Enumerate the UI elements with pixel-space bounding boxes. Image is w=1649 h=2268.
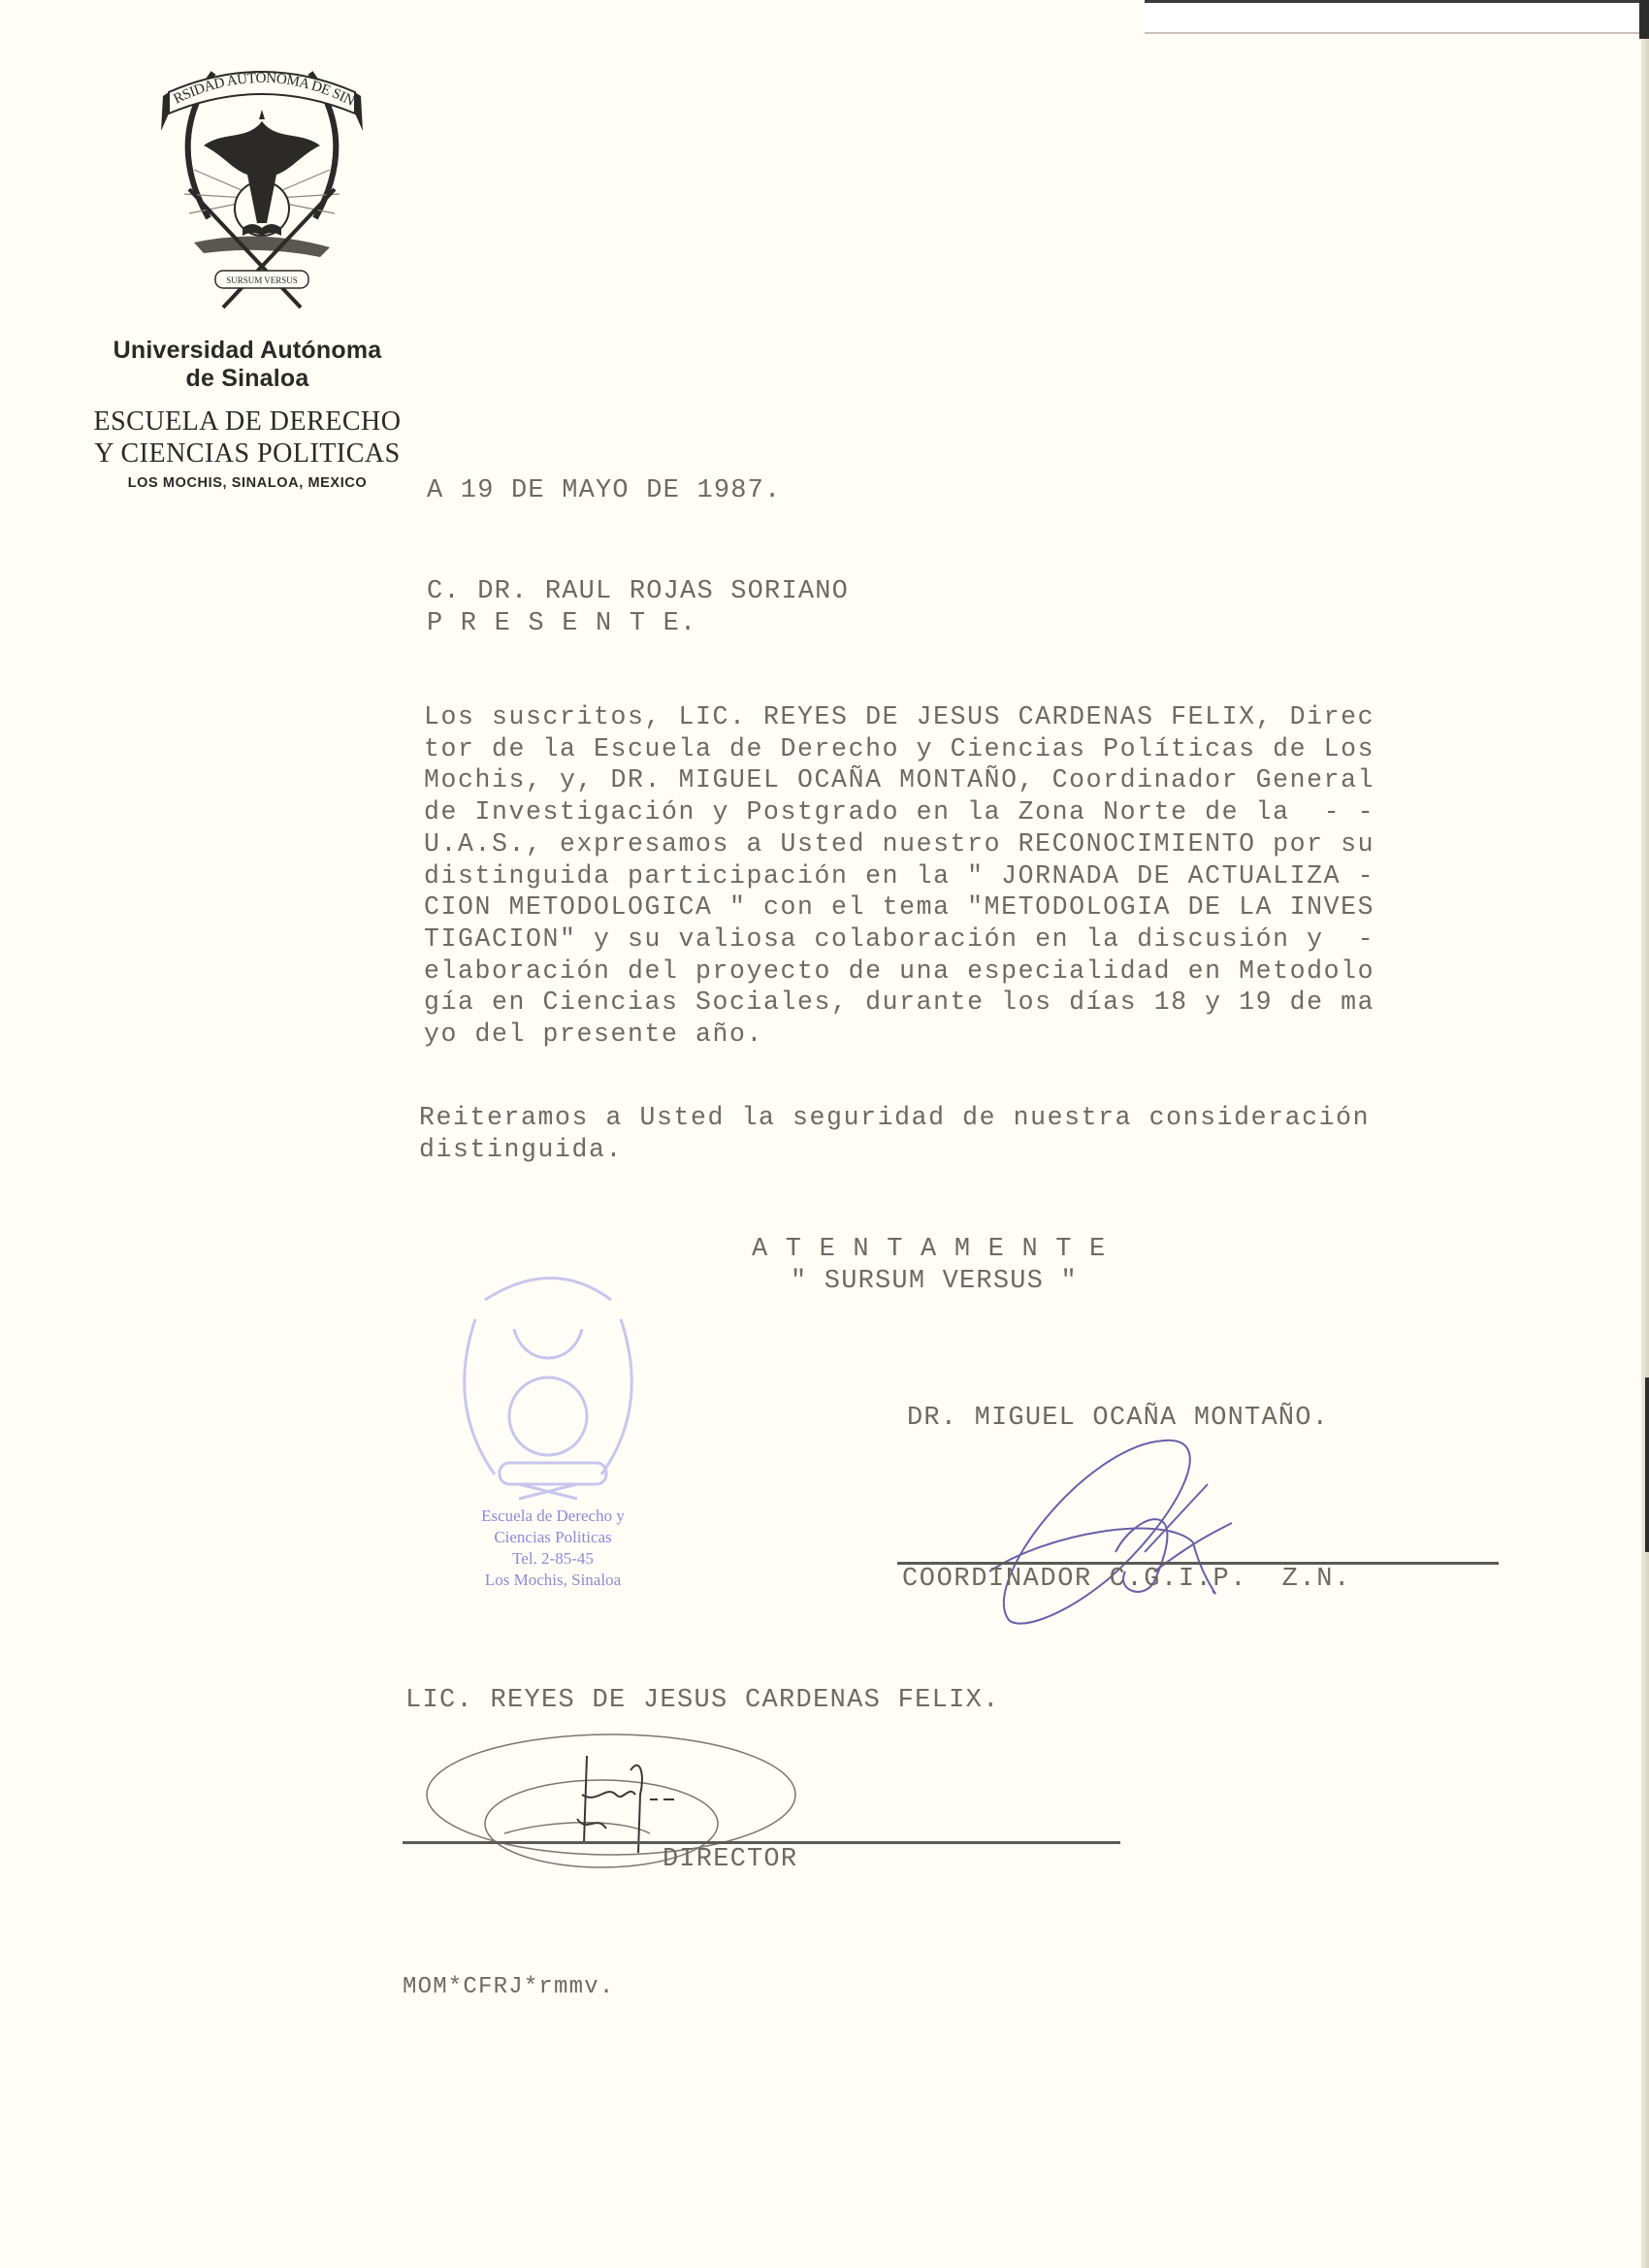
letter-closing: Reiteramos a Usted la seguridad de nuest…	[419, 1102, 1370, 1165]
addressee-presente: P R E S E N T E.	[427, 608, 849, 640]
body-line: U.A.S., expresamos a Usted nuestro RECON…	[424, 828, 1374, 860]
body-line: distinguida participación en la " JORNAD…	[424, 860, 1374, 892]
scanner-shadow-right-top	[1639, 0, 1649, 39]
director-signature-icon	[407, 1727, 912, 1892]
body-line: Los suscritos, LIC. REYES DE JESUS CARDE…	[424, 701, 1374, 733]
body-line: de Investigación y Postgrado en la Zona …	[424, 796, 1374, 828]
body-line: CION METODOLOGICA " con el tema "METODOL…	[424, 891, 1374, 923]
stamp-text: Escuela de Derecho y Ciencias Politicas …	[427, 1506, 679, 1591]
scanner-edge-top-margin	[1145, 3, 1639, 34]
svg-text:SURSUM VERSUS: SURSUM VERSUS	[226, 275, 298, 285]
scanner-shadow-right	[1645, 1377, 1649, 1552]
body-line: gía en Ciencias Sociales, durante los dí…	[424, 987, 1374, 1019]
body-line: TIGACION" y su valiosa colaboración en l…	[424, 923, 1374, 956]
body-line: Mochis, y, DR. MIGUEL OCAÑA MONTAÑO, Coo…	[424, 764, 1374, 796]
body-line: distinguida.	[419, 1134, 1370, 1166]
motto: " SURSUM VERSUS "	[791, 1266, 1078, 1298]
school-name: ESCUELA DE DERECHO Y CIENCIAS POLITICAS	[58, 405, 436, 470]
letter-date: A 19 DE MAYO DE 1987.	[427, 475, 781, 507]
body-line: elaboración del proyecto de una especial…	[424, 956, 1374, 988]
director-name: LIC. REYES DE JESUS CARDENAS FELIX.	[405, 1685, 1000, 1717]
scanner-edge-right	[1641, 0, 1649, 2268]
university-crest-icon: UNIVERSIDAD AUTONOMA DE SINALOA SURSUM V…	[155, 53, 369, 315]
valediction: A T E N T A M E N T E	[752, 1234, 1106, 1266]
coordinator-title: COORDINADOR C.G.I.P. Z.N.	[902, 1564, 1351, 1596]
director-title: DIRECTOR	[663, 1844, 797, 1876]
letterhead-location: LOS MOCHIS, SINALOA, MEXICO	[58, 475, 436, 491]
coordinator-signature-icon	[970, 1436, 1290, 1630]
coordinator-name: DR. MIGUEL OCAÑA MONTAÑO.	[907, 1403, 1329, 1435]
letter-body: Los suscritos, LIC. REYES DE JESUS CARDE…	[424, 701, 1374, 1051]
reference-initials: MOM*CFRJ*rmmv.	[403, 1971, 614, 2003]
body-line: Reiteramos a Usted la seguridad de nuest…	[419, 1102, 1370, 1134]
body-line: tor de la Escuela de Derecho y Ciencias …	[424, 733, 1374, 765]
addressee-name: C. DR. RAUL ROJAS SORIANO	[427, 576, 849, 608]
addressee: C. DR. RAUL ROJAS SORIANOP R E S E N T E…	[427, 576, 849, 640]
body-line: yo del presente año.	[424, 1019, 1374, 1051]
university-name: Universidad Autónoma de Sinaloa	[58, 337, 436, 393]
